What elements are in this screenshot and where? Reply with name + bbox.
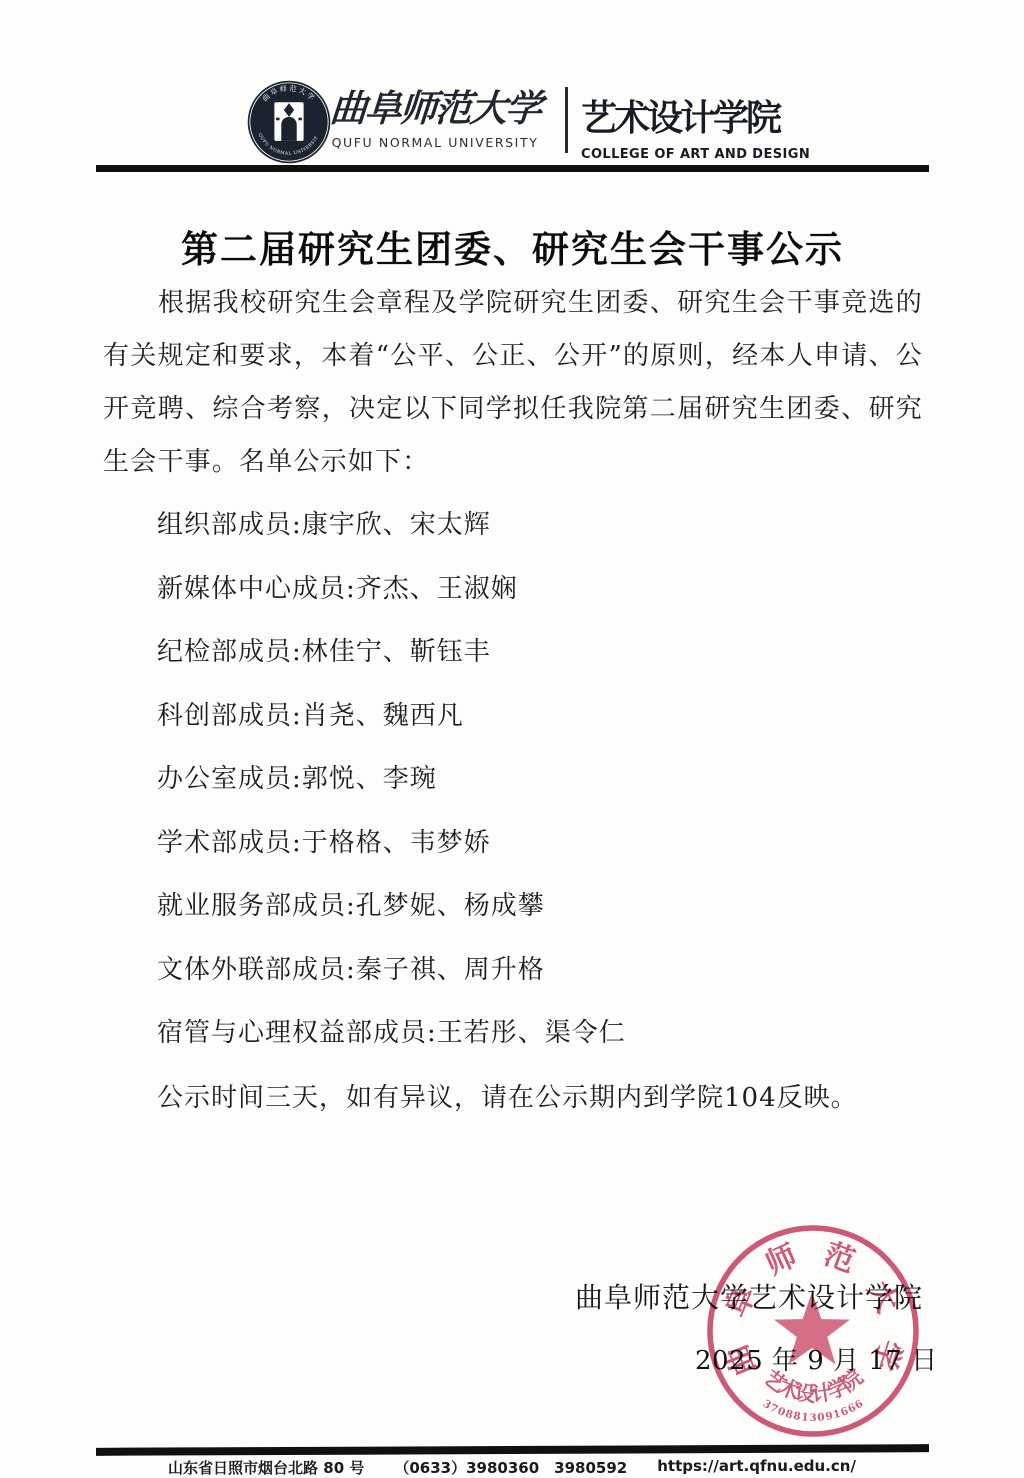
footer-rule [96, 1444, 929, 1456]
footer-contact-line: 山东省日照市烟台北路 80 号 （0633）3980360 3980592 ht… [0, 1457, 1024, 1478]
header-rule [96, 165, 929, 172]
notice-closing-line: 公示时间三天，如有异议，请在公示期内到学院104反映。 [157, 1078, 923, 1118]
university-name-cn: 曲阜师范大学 [328, 82, 542, 134]
scanned-notice-page: 曲阜师范大学 QUFU NORMAL UNIVERSITY 曲阜师范大学 QUF… [0, 0, 1024, 1478]
member-line: 科创部成员:肖尧、魏西凡 [157, 685, 917, 749]
member-line: 组织部成员:康宇欣、宋太辉 [157, 494, 917, 558]
footer-website: https://art.qfnu.edu.cn/ [657, 1457, 856, 1478]
svg-text:曲: 曲 [719, 1340, 763, 1381]
notice-intro-paragraph: 根据我校研究生会章程及学院研究生团委、研究生会干事竞选的有关规定和要求，本着“公… [103, 277, 923, 489]
notice-title: 第二届研究生团委、研究生会干事公示 [96, 219, 929, 273]
college-name-cn: 艺术设计学院 [581, 90, 810, 141]
emblem-gate-icon [274, 102, 303, 141]
university-name-en: QUFU NORMAL UNIVERSITY [330, 135, 540, 150]
svg-text:师: 师 [761, 1238, 803, 1282]
university-emblem-icon: 曲阜师范大学 QUFU NORMAL UNIVERSITY [246, 79, 332, 165]
svg-text:学: 学 [865, 1335, 908, 1374]
member-line: 办公室成员:郭悦、李琬 [157, 748, 917, 812]
svg-text:范: 范 [819, 1237, 859, 1280]
member-line: 宿管与心理权益部成员:王若彤、渠令仁 [157, 1002, 917, 1066]
college-name-block: 艺术设计学院 COLLEGE OF ART AND DESIGN [581, 90, 810, 162]
letterhead-divider [565, 87, 568, 153]
seal-star-icon [774, 1292, 850, 1364]
member-line: 学术部成员:于格格、韦梦娇 [157, 812, 917, 876]
member-list: 组织部成员:康宇欣、宋太辉新媒体中心成员:齐杰、王淑娴纪检部成员:林佳宁、靳钰丰… [157, 494, 917, 1066]
footer-address: 山东省日照市烟台北路 80 号 [168, 1457, 364, 1478]
svg-text:阜: 阜 [719, 1282, 763, 1323]
member-line: 就业服务部成员:孔梦妮、杨成攀 [157, 875, 917, 939]
seal-bottom-text: 艺 术 设 计 学 院 [759, 1364, 867, 1407]
official-seal: 曲 阜 师 范 大 学 艺 术 设 计 学 院 3 [703, 1221, 923, 1441]
footer-phone: （0633）3980360 3980592 [394, 1457, 627, 1478]
member-line: 纪检部成员:林佳宁、靳钰丰 [157, 621, 917, 685]
university-name-block: 曲阜师范大学 QUFU NORMAL UNIVERSITY [330, 82, 540, 150]
svg-text:3: 3 [809, 1412, 816, 1424]
member-line: 新媒体中心成员:齐杰、王淑娴 [157, 558, 917, 622]
svg-text:1: 1 [801, 1411, 809, 1424]
university-emblem: 曲阜师范大学 QUFU NORMAL UNIVERSITY [246, 79, 332, 165]
official-seal-icon: 曲 阜 师 范 大 学 艺 术 设 计 学 院 3 [703, 1221, 923, 1441]
member-line: 文体外联部成员:秦子祺、周升格 [157, 939, 917, 1003]
college-name-en: COLLEGE OF ART AND DESIGN [581, 147, 810, 162]
svg-text:大: 大 [860, 1276, 905, 1318]
